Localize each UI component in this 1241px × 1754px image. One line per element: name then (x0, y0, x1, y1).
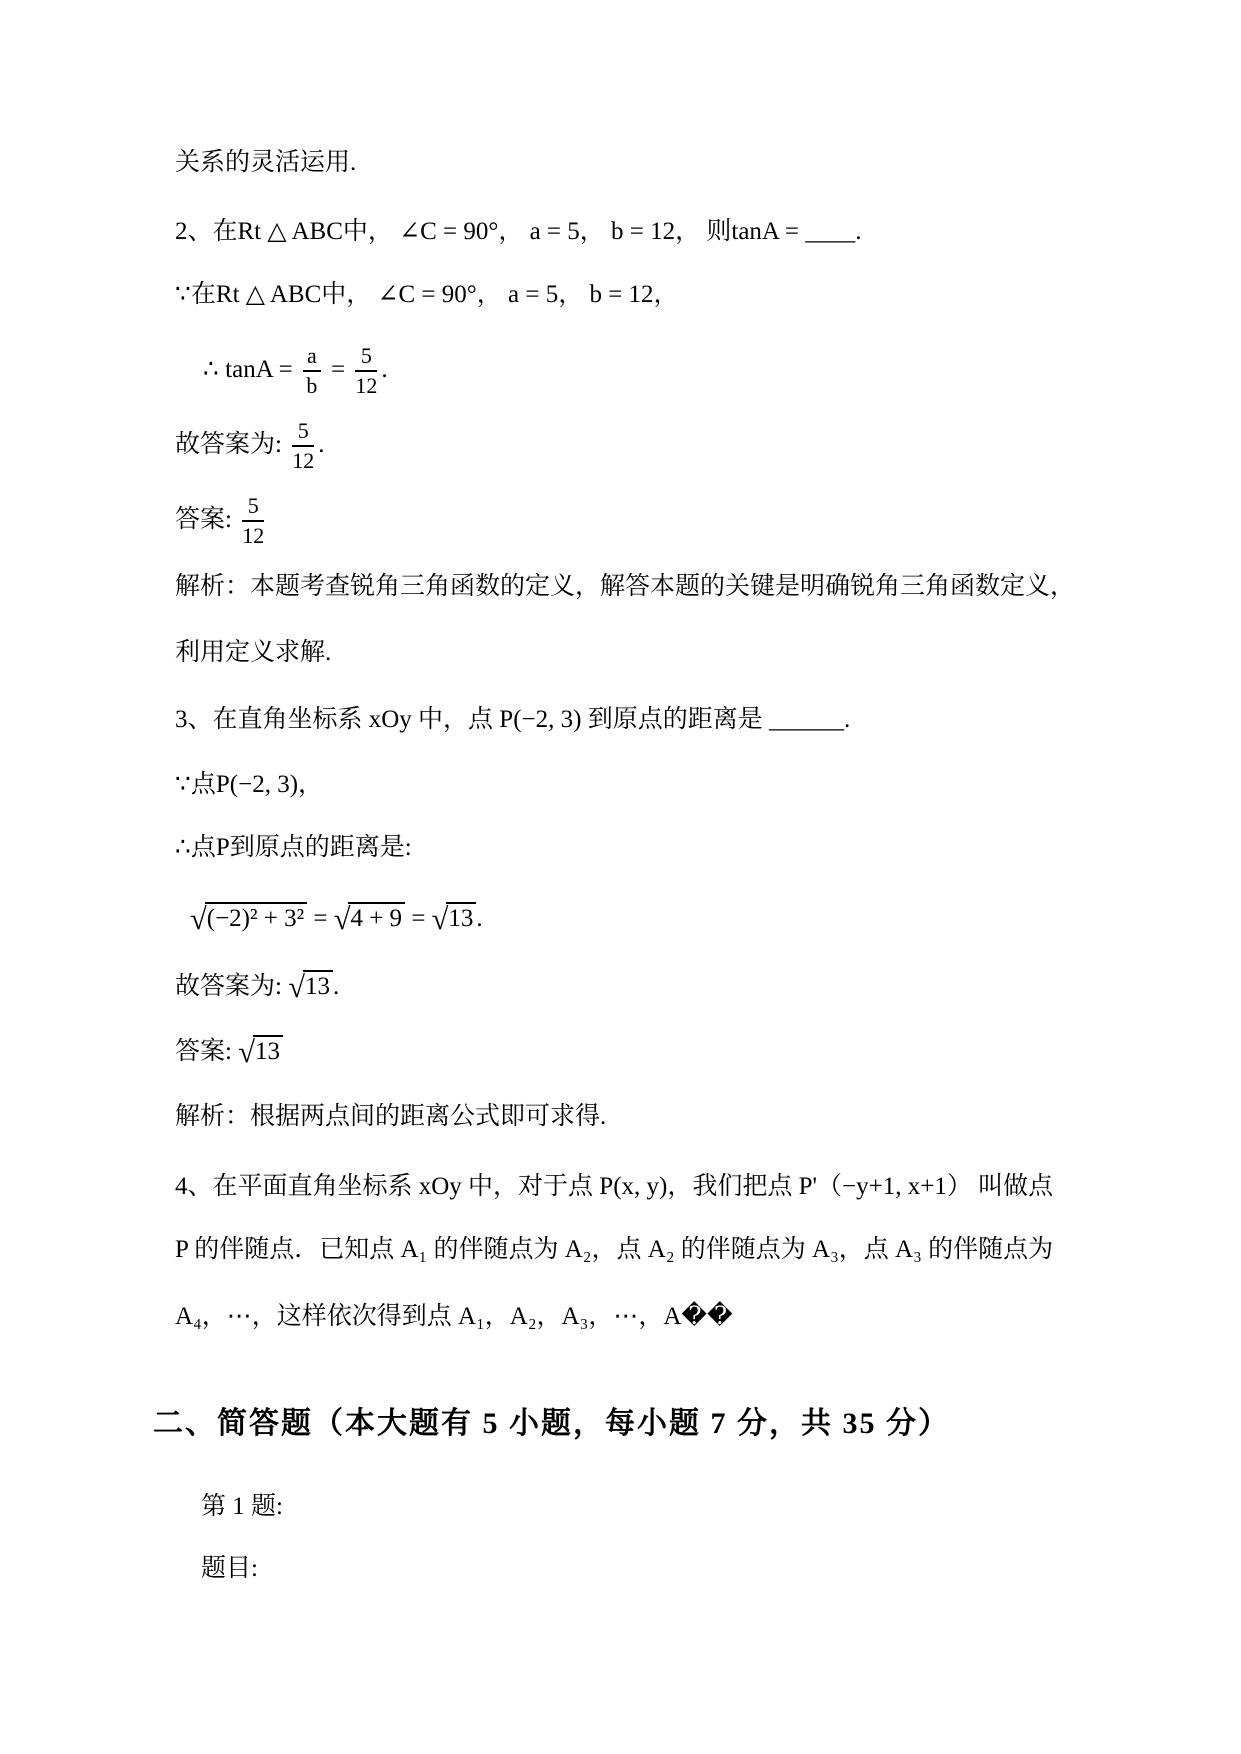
formula-text-segment: . (476, 905, 482, 932)
fraction-numerator: a (303, 344, 321, 372)
document-page: 关系的灵活运用. 2、在Rt △ ABC中， ∠C = 90°， a = 5， … (0, 0, 1241, 1754)
q3-given-line: ∵点P(−2, 3)， (175, 768, 323, 802)
formula-text-segment: 答案: (175, 1038, 238, 1065)
formula-text-segment: = (325, 356, 352, 383)
sqrt-expression: √(−2)² + 3² (190, 902, 307, 936)
radicand: 13 (303, 970, 333, 1002)
formula-text-segment: . (381, 356, 387, 383)
radicand: 13 (253, 1035, 283, 1067)
sqrt-expression: √13 (432, 902, 477, 936)
fraction-denominator: 12 (242, 522, 264, 548)
section-heading: 二、简答题（本大题有 5 小题，每小题 7 分，共 35 分） (153, 1404, 950, 1444)
q3-answer: 答案: √13 (175, 1035, 283, 1069)
q3-answer-statement: 故答案为: √13. (175, 970, 339, 1004)
q2-answer: 答案: 512 (175, 494, 268, 548)
q2-answer-statement: 故答案为: 512. (175, 419, 324, 473)
fraction-5-over-12: 512 (242, 494, 264, 548)
sqrt-expression: √4 + 9 (334, 902, 405, 936)
q2-analysis: 解析：本题考查锐角三角函数的定义，解答本题的关键是明确锐角三角函数定义， (175, 570, 1075, 604)
formula-text-segment: . (333, 973, 339, 1000)
fraction-numerator: 5 (242, 494, 264, 522)
formula-text-segment: 答案: (175, 506, 238, 533)
question-2-stem: 2、在Rt △ ABC中， ∠C = 90°， a = 5， b = 12， 则… (175, 215, 861, 249)
fraction-5-over-12: 512 (355, 344, 377, 398)
question-4-cont: P 的伴随点．已知点 A₁ 的伴随点为 A₂，点 A₂ 的伴随点为 A₃，点 A… (175, 1233, 1053, 1267)
subquestion-title-label: 题目: (201, 1552, 258, 1586)
formula-text-segment: . (318, 431, 324, 458)
formula-text-segment: 故答案为: (175, 973, 288, 1000)
closing-note-line: 关系的灵活运用. (175, 146, 356, 180)
fraction-denominator: b (303, 372, 321, 398)
question-3-stem: 3、在直角坐标系 xOy 中，点 P(−2, 3) 到原点的距离是 ______… (175, 703, 850, 737)
radicand: 4 + 9 (348, 902, 405, 934)
fraction-5-over-12: 512 (292, 419, 314, 473)
q2-given-line: ∵在Rt △ ABC中， ∠C = 90°， a = 5， b = 12， (175, 278, 679, 312)
q2-analysis-cont: 利用定义求解. (175, 636, 331, 670)
formula-text-segment: = (307, 905, 334, 932)
question-4-stem: 4、在平面直角坐标系 xOy 中，对于点 P(x, y)，我们把点 P'（−y+… (175, 1170, 1053, 1204)
q2-tan-formula: ∴ tanA = ab = 512. (203, 344, 388, 398)
fraction-numerator: 5 (292, 419, 314, 447)
q3-deduction-line: ∴点P到原点的距离是: (175, 831, 412, 865)
fraction-numerator: 5 (355, 344, 377, 372)
subquestion-number: 第 1 题: (201, 1490, 283, 1524)
formula-text-segment: 故答案为: (175, 431, 288, 458)
radicand: 13 (446, 902, 476, 934)
formula-text-segment: = (405, 905, 432, 932)
question-4-cont2: A₄，⋯，这样依次得到点 A₁，A₂，A₃，⋯，A�� (175, 1300, 733, 1334)
formula-text-segment: ∴ tanA = (203, 356, 299, 383)
radicand: (−2)² + 3² (205, 902, 307, 934)
q3-distance-formula: √(−2)² + 3² = √4 + 9 = √13. (190, 902, 483, 936)
q3-analysis: 解析：根据两点间的距离公式即可求得. (175, 1100, 606, 1134)
sqrt-expression: √13 (238, 1035, 283, 1069)
sqrt-expression: √13 (288, 970, 333, 1004)
fraction-denominator: 12 (292, 447, 314, 473)
fraction-a-over-b: ab (303, 344, 321, 398)
fraction-denominator: 12 (355, 372, 377, 398)
